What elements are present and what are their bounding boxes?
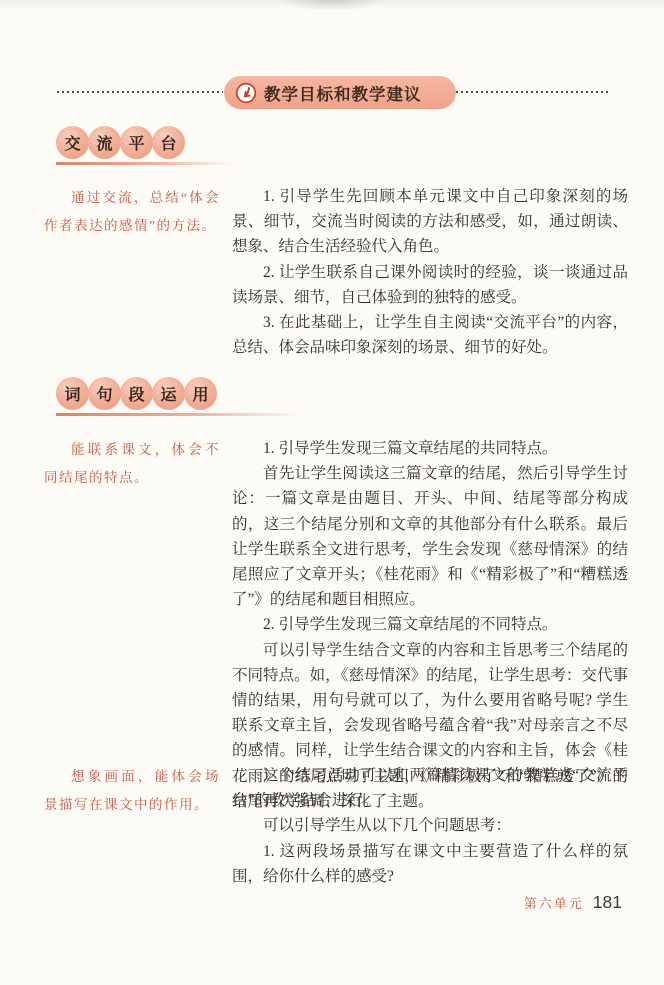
section-block: 想象画面，能体会场景描写在课文中的作用。 这个练习活动可以和两篇精读课文的教学或… [44, 763, 628, 889]
margin-note: 想象画面，能体会场景描写在课文中的作用。 [44, 763, 220, 889]
body-text: 1. 引导学生发现三篇文章结尾的共同特点。 首先让学生阅读这三篇文章的结尾，然后… [232, 436, 628, 814]
textbook-page: { "banner": { "label": "教学目标和教学建议", "ico… [0, 0, 664, 985]
curved-down-arrow-icon [235, 82, 257, 104]
title-char-circle: 运 [152, 377, 185, 410]
section-underline [56, 162, 234, 165]
section-block: 通过交流，总结“体会作者表达的感情”的方法。 1. 引导学生先回顾本单元课文中自… [44, 184, 628, 360]
section-underline [56, 413, 302, 416]
title-char-circle: 平 [120, 126, 153, 159]
paragraph: 可以引导学生从以下几个问题思考： [232, 813, 628, 838]
section-block: 能联系课文，体会不同结尾的特点。 1. 引导学生发现三篇文章结尾的共同特点。 首… [44, 436, 628, 814]
margin-note: 通过交流，总结“体会作者表达的感情”的方法。 [44, 184, 220, 360]
paragraph: 1. 引导学生发现三篇文章结尾的共同特点。 [232, 436, 628, 461]
page-number: 181 [593, 892, 622, 913]
margin-note: 能联系课文，体会不同结尾的特点。 [44, 436, 220, 814]
paragraph: 2. 让学生联系自己课外阅读时的经验，谈一谈通过品读场景、细节，自己体验到的独特… [232, 260, 628, 310]
page-footer: 第六单元 181 [524, 892, 622, 913]
dotted-rule-right [456, 91, 610, 93]
page-top-shade [0, 0, 664, 10]
paragraph: 1. 这两段场景描写在课文中主要营造了什么样的氛围，给你什么样的感受? [232, 839, 628, 889]
unit-label: 第六单元 [524, 893, 584, 912]
title-char-circle: 词 [56, 377, 89, 410]
title-char-circle: 段 [120, 377, 153, 410]
paragraph: 3. 在此基础上，让学生自主阅读“交流平台”的内容，总结、体会品味印象深刻的场景… [232, 310, 628, 360]
teaching-goals-banner: 教学目标和教学建议 [224, 76, 456, 109]
paragraph: 1. 引导学生先回顾本单元课文中自己印象深刻的场景、细节，交流当时阅读的方法和感… [232, 184, 628, 260]
title-char-circle: 交 [56, 126, 89, 159]
body-text: 这个练习活动可以和两篇精读课文的教学或“交流平台”的教学结合进行。 可以引导学生… [232, 763, 628, 889]
section-header-communication-platform: 交 流 平 台 [56, 126, 184, 159]
paragraph: 这个练习活动可以和两篇精读课文的教学或“交流平台”的教学结合进行。 [232, 763, 628, 813]
title-char-circle: 句 [88, 377, 121, 410]
title-char-circle: 流 [88, 126, 121, 159]
title-char-circle: 台 [152, 126, 185, 159]
paragraph: 首先让学生阅读这三篇文章的结尾，然后引导学生讨论：一篇文章是由题目、开头、中间、… [232, 461, 628, 612]
title-char-circle: 用 [184, 377, 217, 410]
banner-label: 教学目标和教学建议 [264, 81, 422, 105]
body-text: 1. 引导学生先回顾本单元课文中自己印象深刻的场景、细节，交流当时阅读的方法和感… [232, 184, 628, 360]
paragraph: 2. 引导学生发现三篇文章结尾的不同特点。 [232, 612, 628, 637]
section-header-words-sentences-paragraphs: 词 句 段 运 用 [56, 377, 216, 410]
dotted-rule-left [57, 91, 223, 93]
